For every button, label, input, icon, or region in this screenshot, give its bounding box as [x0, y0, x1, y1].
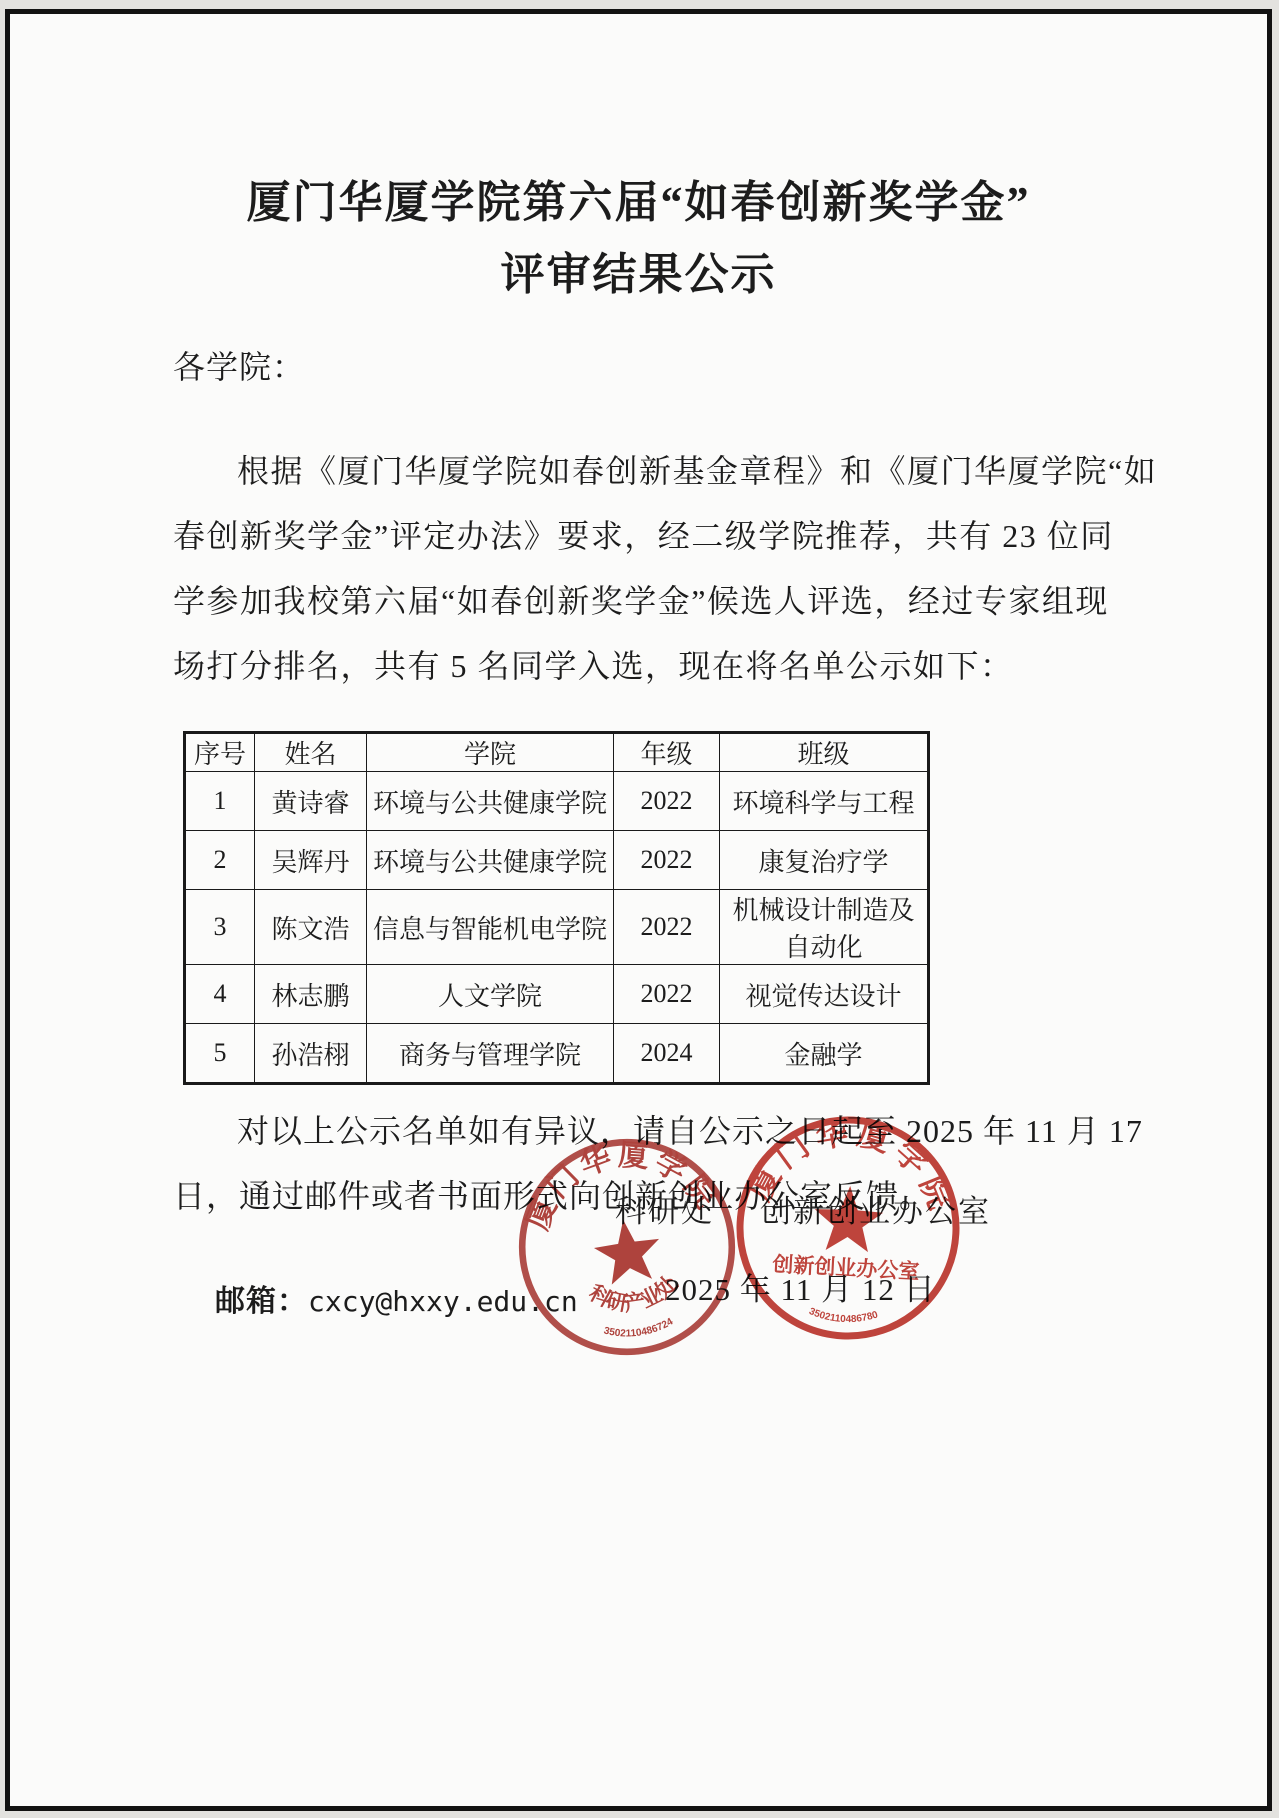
- table-cell: 2024: [614, 1024, 720, 1084]
- header-cell: 年级: [614, 733, 720, 772]
- body-line: 场打分排名，共有 5 名同学入选，现在将名单公示如下：: [173, 634, 1135, 699]
- body-line: 根据《厦门华厦学院如春创新基金章程》和《厦门华厦学院“如: [173, 439, 1135, 504]
- header-cell: 姓名: [255, 733, 367, 772]
- table-cell: 环境与公共健康学院: [367, 772, 614, 831]
- table-row: 2 吴辉丹 环境与公共健康学院 2022 康复治疗学: [185, 831, 929, 890]
- table-cell: 4: [185, 965, 255, 1024]
- table-cell: 吴辉丹: [255, 831, 367, 890]
- table-cell: 环境科学与工程: [720, 772, 929, 831]
- svg-text:3502110486724: 3502110486724: [601, 1316, 676, 1344]
- table-cell: 环境与公共健康学院: [367, 831, 614, 890]
- table-cell: 信息与智能机电学院: [367, 890, 614, 965]
- table-cell: 陈文浩: [255, 890, 367, 965]
- seal-serial-number: 3502110486724: [601, 1316, 676, 1344]
- seal-serial-number: 3502110486780: [807, 1306, 880, 1327]
- email-label: 邮箱：: [215, 1285, 308, 1318]
- table-row: 4 林志鹏 人文学院 2022 视觉传达设计: [185, 965, 929, 1024]
- body-line: 学参加我校第六届“如春创新奖学金”候选人评选，经过专家组现: [173, 569, 1135, 634]
- body-paragraph: 根据《厦门华厦学院如春创新基金章程》和《厦门华厦学院“如 春创新奖学金”评定办法…: [173, 439, 1135, 699]
- table-cell: 2022: [614, 772, 720, 831]
- table-cell: 2: [185, 831, 255, 890]
- document-title-line2: 评审结果公示: [10, 238, 1267, 302]
- table-cell: 5: [185, 1024, 255, 1084]
- body-line: 春创新奖学金”评定办法》要求，经二级学院推荐，共有 23 位同: [173, 504, 1135, 569]
- table-cell: 商务与管理学院: [367, 1024, 614, 1084]
- seal-center-text: 创新创业办公室: [771, 1252, 920, 1284]
- table-cell: 康复治疗学: [720, 831, 929, 890]
- document-title-line1: 厦门华厦学院第六届“如春创新奖学金”: [10, 166, 1267, 230]
- table-cell: 3: [185, 890, 255, 965]
- table-cell: 2022: [614, 890, 720, 965]
- seal-star-icon: [813, 1184, 885, 1253]
- svg-text:科研产业处: 科研产业处: [582, 1268, 685, 1322]
- table-cell: 2022: [614, 831, 720, 890]
- header-cell: 学院: [367, 733, 614, 772]
- svg-text:3502110486780: 3502110486780: [807, 1306, 880, 1327]
- table-cell: 机械设计制造及自动化: [720, 890, 929, 965]
- seal-star-icon: [591, 1215, 665, 1286]
- table-cell: 人文学院: [367, 965, 614, 1024]
- header-cell: 序号: [185, 733, 255, 772]
- document-page: 厦门华厦学院第六届“如春创新奖学金” 评审结果公示 各学院： 根据《厦门华厦学院…: [5, 9, 1272, 1811]
- table-cell: 林志鹏: [255, 965, 367, 1024]
- table-row: 1 黄诗睿 环境与公共健康学院 2022 环境科学与工程: [185, 772, 929, 831]
- table-cell: 孙浩栩: [255, 1024, 367, 1084]
- salutation: 各学院：: [173, 342, 305, 388]
- table-row: 3 陈文浩 信息与智能机电学院 2022 机械设计制造及自动化: [185, 890, 929, 965]
- table-cell: 黄诗睿: [255, 772, 367, 831]
- header-cell: 班级: [720, 733, 929, 772]
- awardee-table: 序号 姓名 学院 年级 班级 1 黄诗睿 环境与公共健康学院 2022 环境科学…: [183, 731, 930, 1085]
- table-cell: 金融学: [720, 1024, 929, 1084]
- table-header-row: 序号 姓名 学院 年级 班级: [185, 733, 929, 772]
- table-cell: 1: [185, 772, 255, 831]
- table-row: 5 孙浩栩 商务与管理学院 2024 金融学: [185, 1024, 929, 1084]
- table-cell: 视觉传达设计: [720, 965, 929, 1024]
- official-seal-keyan-icon: 厦门华厦学院 科研产业处 3502110486724: [495, 1115, 759, 1379]
- official-seal-chuangxin-icon: 厦门华厦学院 创新创业办公室 3502110486780: [724, 1104, 972, 1352]
- table-cell: 2022: [614, 965, 720, 1024]
- seal-bottom-text: 科研产业处: [582, 1268, 685, 1322]
